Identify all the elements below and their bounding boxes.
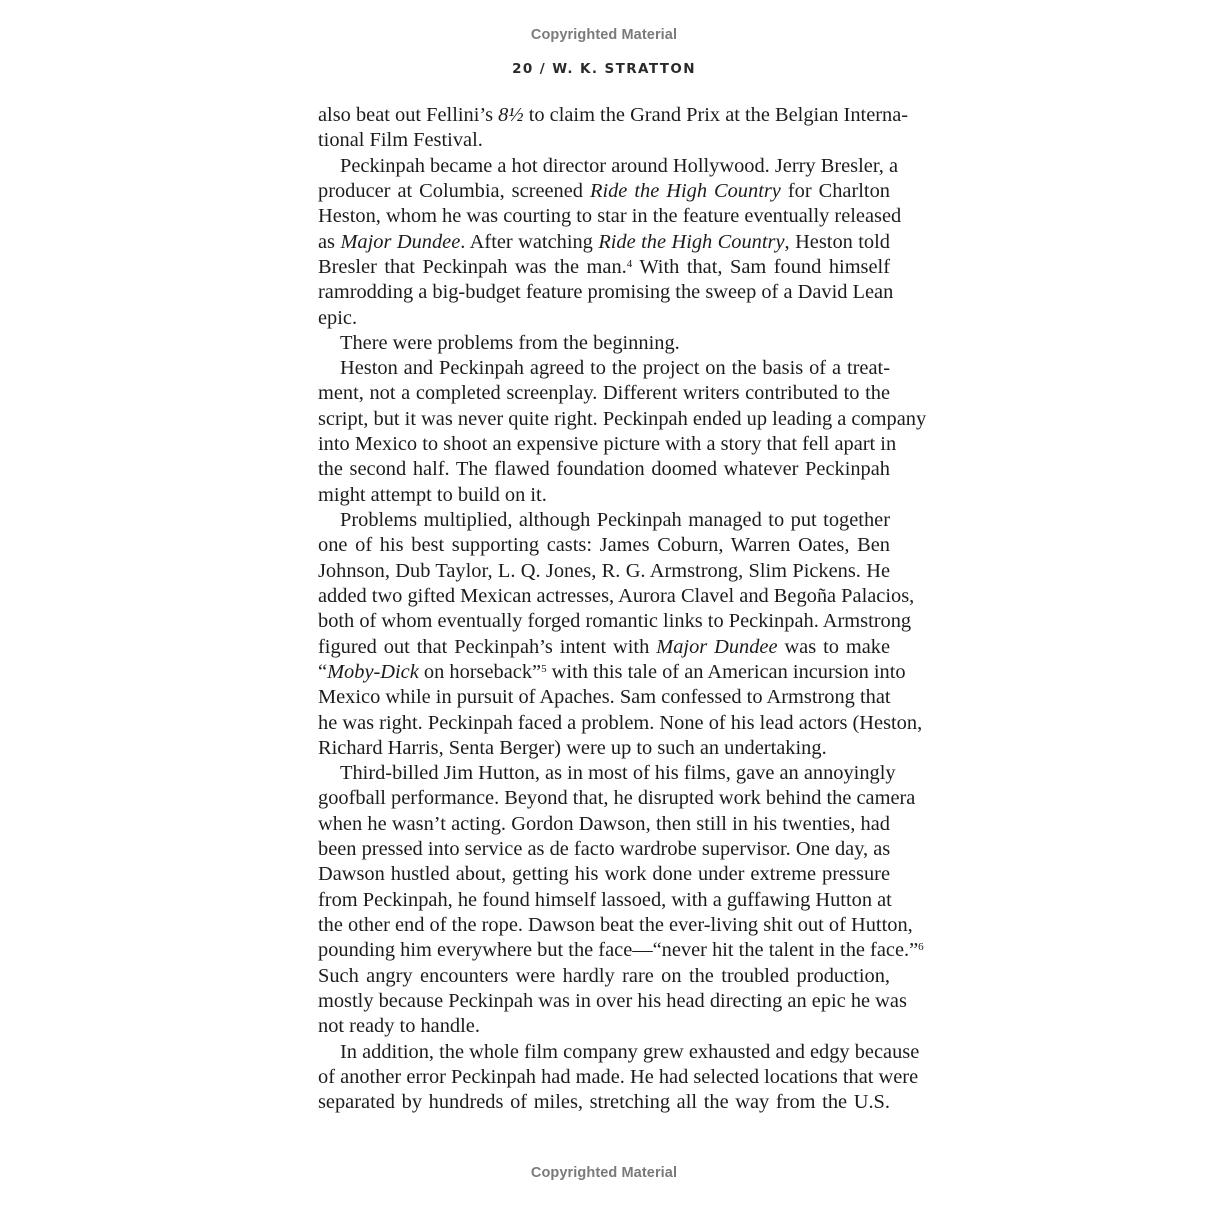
text-line: Richard Harris, Senta Berger) were up to…	[318, 736, 890, 761]
text-line: Third-billed Jim Hutton, as in most of h…	[318, 761, 890, 786]
running-head: 20 / W. K. STRATTON	[0, 61, 1208, 77]
text-segment: not ready to handle.	[318, 1015, 480, 1037]
author-name: W. K. STRATTON	[552, 61, 696, 77]
text-segment: Heston, whom he was courting to star in …	[318, 205, 901, 227]
text-segment: the second half. The flawed foundation d…	[318, 458, 890, 480]
paragraph: There were problems from the beginning.	[318, 331, 890, 356]
paragraph: In addition, the whole film company grew…	[318, 1040, 890, 1116]
text-line: figured out that Peckinpah’s intent with…	[318, 635, 890, 660]
text-segment: ment, not a completed screenplay. Differ…	[318, 382, 890, 404]
text-segment: from Peckinpah, he found himself lassoed…	[318, 889, 892, 911]
italic-title: Ride the High Country	[590, 180, 781, 202]
text-segment: tional Film Festival.	[318, 129, 483, 151]
italic-title: Ride the High Country	[598, 231, 784, 253]
text-segment: been pressed into service as de facto wa…	[318, 838, 890, 860]
text-line: script, but it was never quite right. Pe…	[318, 407, 890, 432]
text-line: mostly because Peckinpah was in over his…	[318, 989, 890, 1014]
text-segment: pounding him everywhere but the face—“ne…	[318, 939, 918, 961]
text-segment: when he wasn’t acting. Gordon Dawson, th…	[318, 813, 890, 835]
text-segment: also beat out Fellini’s	[318, 104, 498, 126]
text-segment: into Mexico to shoot an expensive pictur…	[318, 433, 896, 455]
text-line: There were problems from the beginning.	[318, 331, 890, 356]
text-segment: , Heston told	[785, 231, 890, 253]
text-segment: Problems multiplied, although Peckinpah …	[340, 509, 890, 531]
text-segment: ramrodding a big-budget feature promisin…	[318, 281, 893, 303]
text-line: into Mexico to shoot an expensive pictur…	[318, 432, 890, 457]
text-line: epic.	[318, 306, 890, 331]
text-line: also beat out Fellini’s 8½ to claim the …	[318, 103, 890, 128]
text-segment: both of whom eventually forged romantic …	[318, 610, 911, 632]
text-segment: “	[318, 661, 327, 683]
text-segment: With that, Sam found himself	[632, 256, 890, 278]
text-line: tional Film Festival.	[318, 128, 890, 153]
text-segment: epic.	[318, 307, 357, 329]
text-line: Peckinpah became a hot director around H…	[318, 154, 890, 179]
body-text: also beat out Fellini’s 8½ to claim the …	[318, 103, 890, 1116]
text-segment: Johnson, Dub Taylor, L. Q. Jones, R. G. …	[318, 560, 890, 582]
text-segment: Third-billed Jim Hutton, as in most of h…	[340, 762, 896, 784]
text-line: In addition, the whole film company grew…	[318, 1040, 890, 1065]
text-segment: In addition, the whole film company grew…	[340, 1041, 919, 1063]
text-segment: added two gifted Mexican actresses, Auro…	[318, 585, 914, 607]
running-head-separator: /	[534, 61, 553, 77]
text-line: when he wasn’t acting. Gordon Dawson, th…	[318, 812, 890, 837]
text-segment: with this tale of an American incursion …	[547, 661, 906, 683]
paragraph: also beat out Fellini’s 8½ to claim the …	[318, 103, 890, 154]
text-segment: to claim the Grand Prix at the Belgian I…	[524, 104, 908, 126]
text-segment: figured out that Peckinpah’s intent with	[318, 636, 656, 658]
text-line: pounding him everywhere but the face—“ne…	[318, 938, 890, 963]
text-line: not ready to handle.	[318, 1014, 890, 1039]
copyright-watermark-top: Copyrighted Material	[0, 27, 1208, 43]
text-line: “Moby-Dick on horseback”5 with this tale…	[318, 660, 890, 685]
text-line: the other end of the rope. Dawson beat t…	[318, 913, 890, 938]
italic-title: 8½	[498, 104, 524, 126]
text-line: as Major Dundee. After watching Ride the…	[318, 230, 890, 255]
text-line: of another error Peckinpah had made. He …	[318, 1065, 890, 1090]
paragraph: Third-billed Jim Hutton, as in most of h…	[318, 761, 890, 1039]
paragraph: Heston and Peckinpah agreed to the proje…	[318, 356, 890, 508]
text-line: might attempt to build on it.	[318, 483, 890, 508]
text-segment: Such angry encounters were hardly rare o…	[318, 965, 890, 987]
text-line: Such angry encounters were hardly rare o…	[318, 964, 890, 989]
text-line: Heston, whom he was courting to star in …	[318, 204, 890, 229]
text-line: added two gifted Mexican actresses, Auro…	[318, 584, 890, 609]
text-line: ment, not a completed screenplay. Differ…	[318, 381, 890, 406]
text-segment: on horseback”	[419, 661, 541, 683]
text-line: he was right. Peckinpah faced a problem.…	[318, 711, 890, 736]
text-segment: one of his best supporting casts: James …	[318, 534, 890, 556]
text-segment: he was right. Peckinpah faced a problem.…	[318, 712, 922, 734]
text-segment: Peckinpah became a hot director around H…	[340, 155, 898, 177]
text-segment: separated by hundreds of miles, stretchi…	[318, 1091, 890, 1113]
text-segment: mostly because Peckinpah was in over his…	[318, 990, 907, 1012]
text-segment: was to make	[778, 636, 890, 658]
paragraph: Peckinpah became a hot director around H…	[318, 154, 890, 331]
page-number: 20	[512, 61, 534, 77]
text-line: Dawson hustled about, getting his work d…	[318, 862, 890, 887]
text-line: producer at Columbia, screened Ride the …	[318, 179, 890, 204]
text-segment: There were problems from the beginning.	[340, 332, 680, 354]
text-line: Mexico while in pursuit of Apaches. Sam …	[318, 685, 890, 710]
footnote-ref: 6	[918, 941, 924, 953]
text-line: separated by hundreds of miles, stretchi…	[318, 1090, 890, 1115]
text-segment: Dawson hustled about, getting his work d…	[318, 863, 890, 885]
text-segment: script, but it was never quite right. Pe…	[318, 408, 926, 430]
text-segment: producer at Columbia, screened	[318, 180, 590, 202]
text-segment: goofball performance. Beyond that, he di…	[318, 787, 915, 809]
text-line: goofball performance. Beyond that, he di…	[318, 786, 890, 811]
text-segment: for Charlton	[781, 180, 890, 202]
text-segment: the other end of the rope. Dawson beat t…	[318, 914, 913, 936]
paragraph: Problems multiplied, although Peckinpah …	[318, 508, 890, 761]
text-line: Problems multiplied, although Peckinpah …	[318, 508, 890, 533]
text-line: one of his best supporting casts: James …	[318, 533, 890, 558]
text-segment: as	[318, 231, 340, 253]
text-segment: Mexico while in pursuit of Apaches. Sam …	[318, 686, 891, 708]
text-segment: Bresler that Peckinpah was the man.	[318, 256, 627, 278]
text-line: been pressed into service as de facto wa…	[318, 837, 890, 862]
italic-title: Major Dundee	[340, 231, 460, 253]
text-line: Heston and Peckinpah agreed to the proje…	[318, 356, 890, 381]
text-segment: might attempt to build on it.	[318, 484, 547, 506]
text-line: from Peckinpah, he found himself lassoed…	[318, 888, 890, 913]
italic-title: Major Dundee	[656, 636, 777, 658]
italic-title: Moby-Dick	[327, 661, 419, 683]
copyright-watermark-bottom: Copyrighted Material	[0, 1165, 1208, 1181]
text-segment: Richard Harris, Senta Berger) were up to…	[318, 737, 827, 759]
text-line: Bresler that Peckinpah was the man.4 Wit…	[318, 255, 890, 280]
text-line: Johnson, Dub Taylor, L. Q. Jones, R. G. …	[318, 559, 890, 584]
text-segment: of another error Peckinpah had made. He …	[318, 1066, 918, 1088]
text-segment: Heston and Peckinpah agreed to the proje…	[340, 357, 890, 379]
text-line: the second half. The flawed foundation d…	[318, 457, 890, 482]
text-line: ramrodding a big-budget feature promisin…	[318, 280, 890, 305]
text-line: both of whom eventually forged romantic …	[318, 609, 890, 634]
text-segment: . After watching	[460, 231, 598, 253]
